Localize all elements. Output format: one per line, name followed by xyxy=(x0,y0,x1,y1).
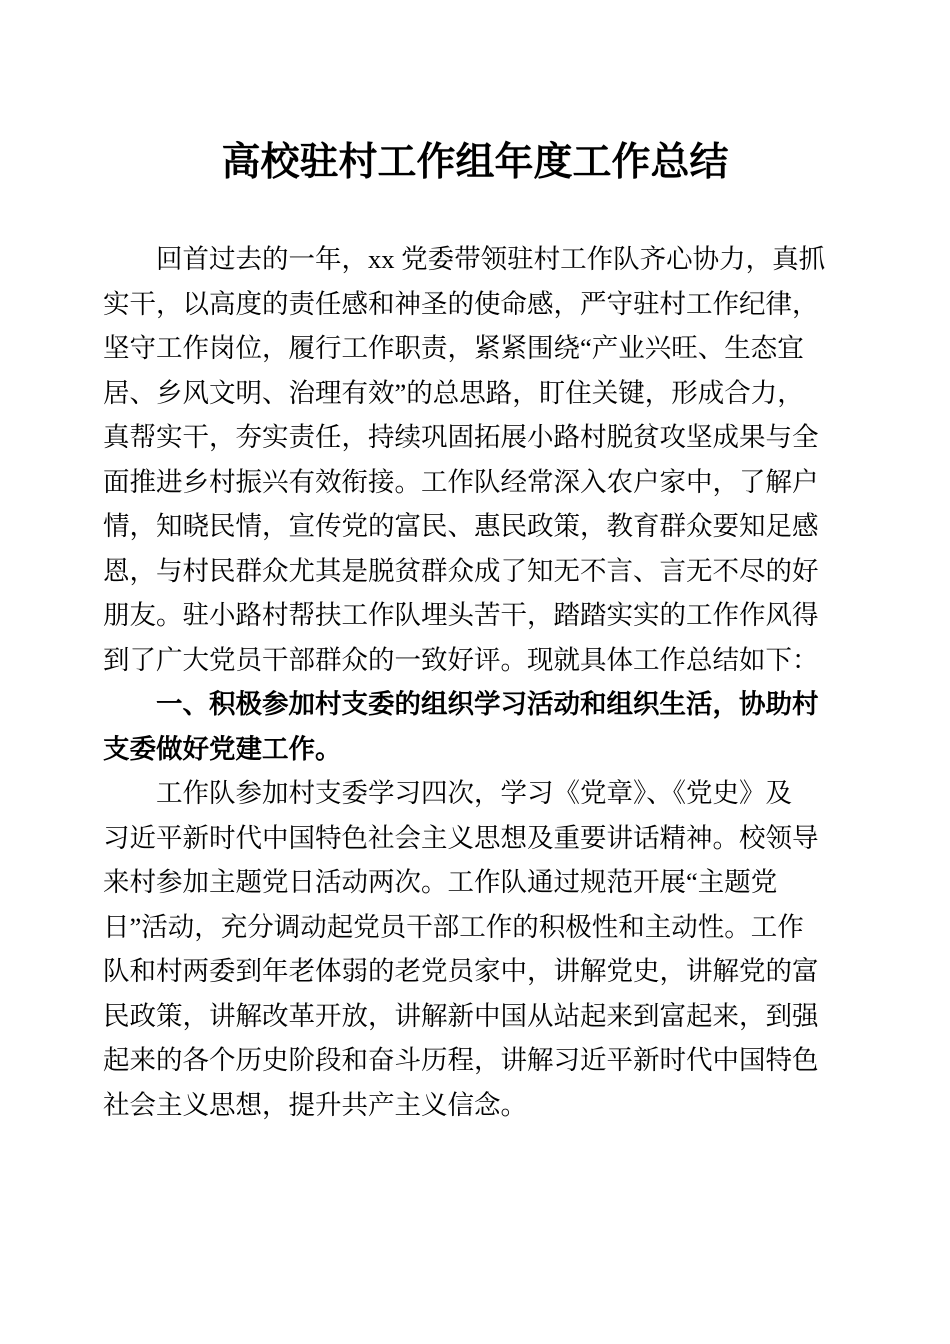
section-heading-1: 一、积极参加村支委的组织学习活动和组织生活，协助村 支委做好党建工作。 xyxy=(103,682,827,771)
paragraph-intro: 回首过去的一年，xx 党委带领驻村工作队齐心协力，真抓 实干，以高度的责任感和神… xyxy=(103,237,827,682)
document-page: 高校驻村工作组年度工作总结 回首过去的一年，xx 党委带领驻村工作队齐心协力，真… xyxy=(0,0,950,1344)
paragraph-section-1: 工作队参加村支委学习四次，学习《党章》、《党史》及 习近平新时代中国特色社会主义… xyxy=(103,771,827,1127)
document-title: 高校驻村工作组年度工作总结 xyxy=(0,133,950,193)
document-body: 回首过去的一年，xx 党委带领驻村工作队齐心协力，真抓 实干，以高度的责任感和神… xyxy=(103,237,827,1127)
